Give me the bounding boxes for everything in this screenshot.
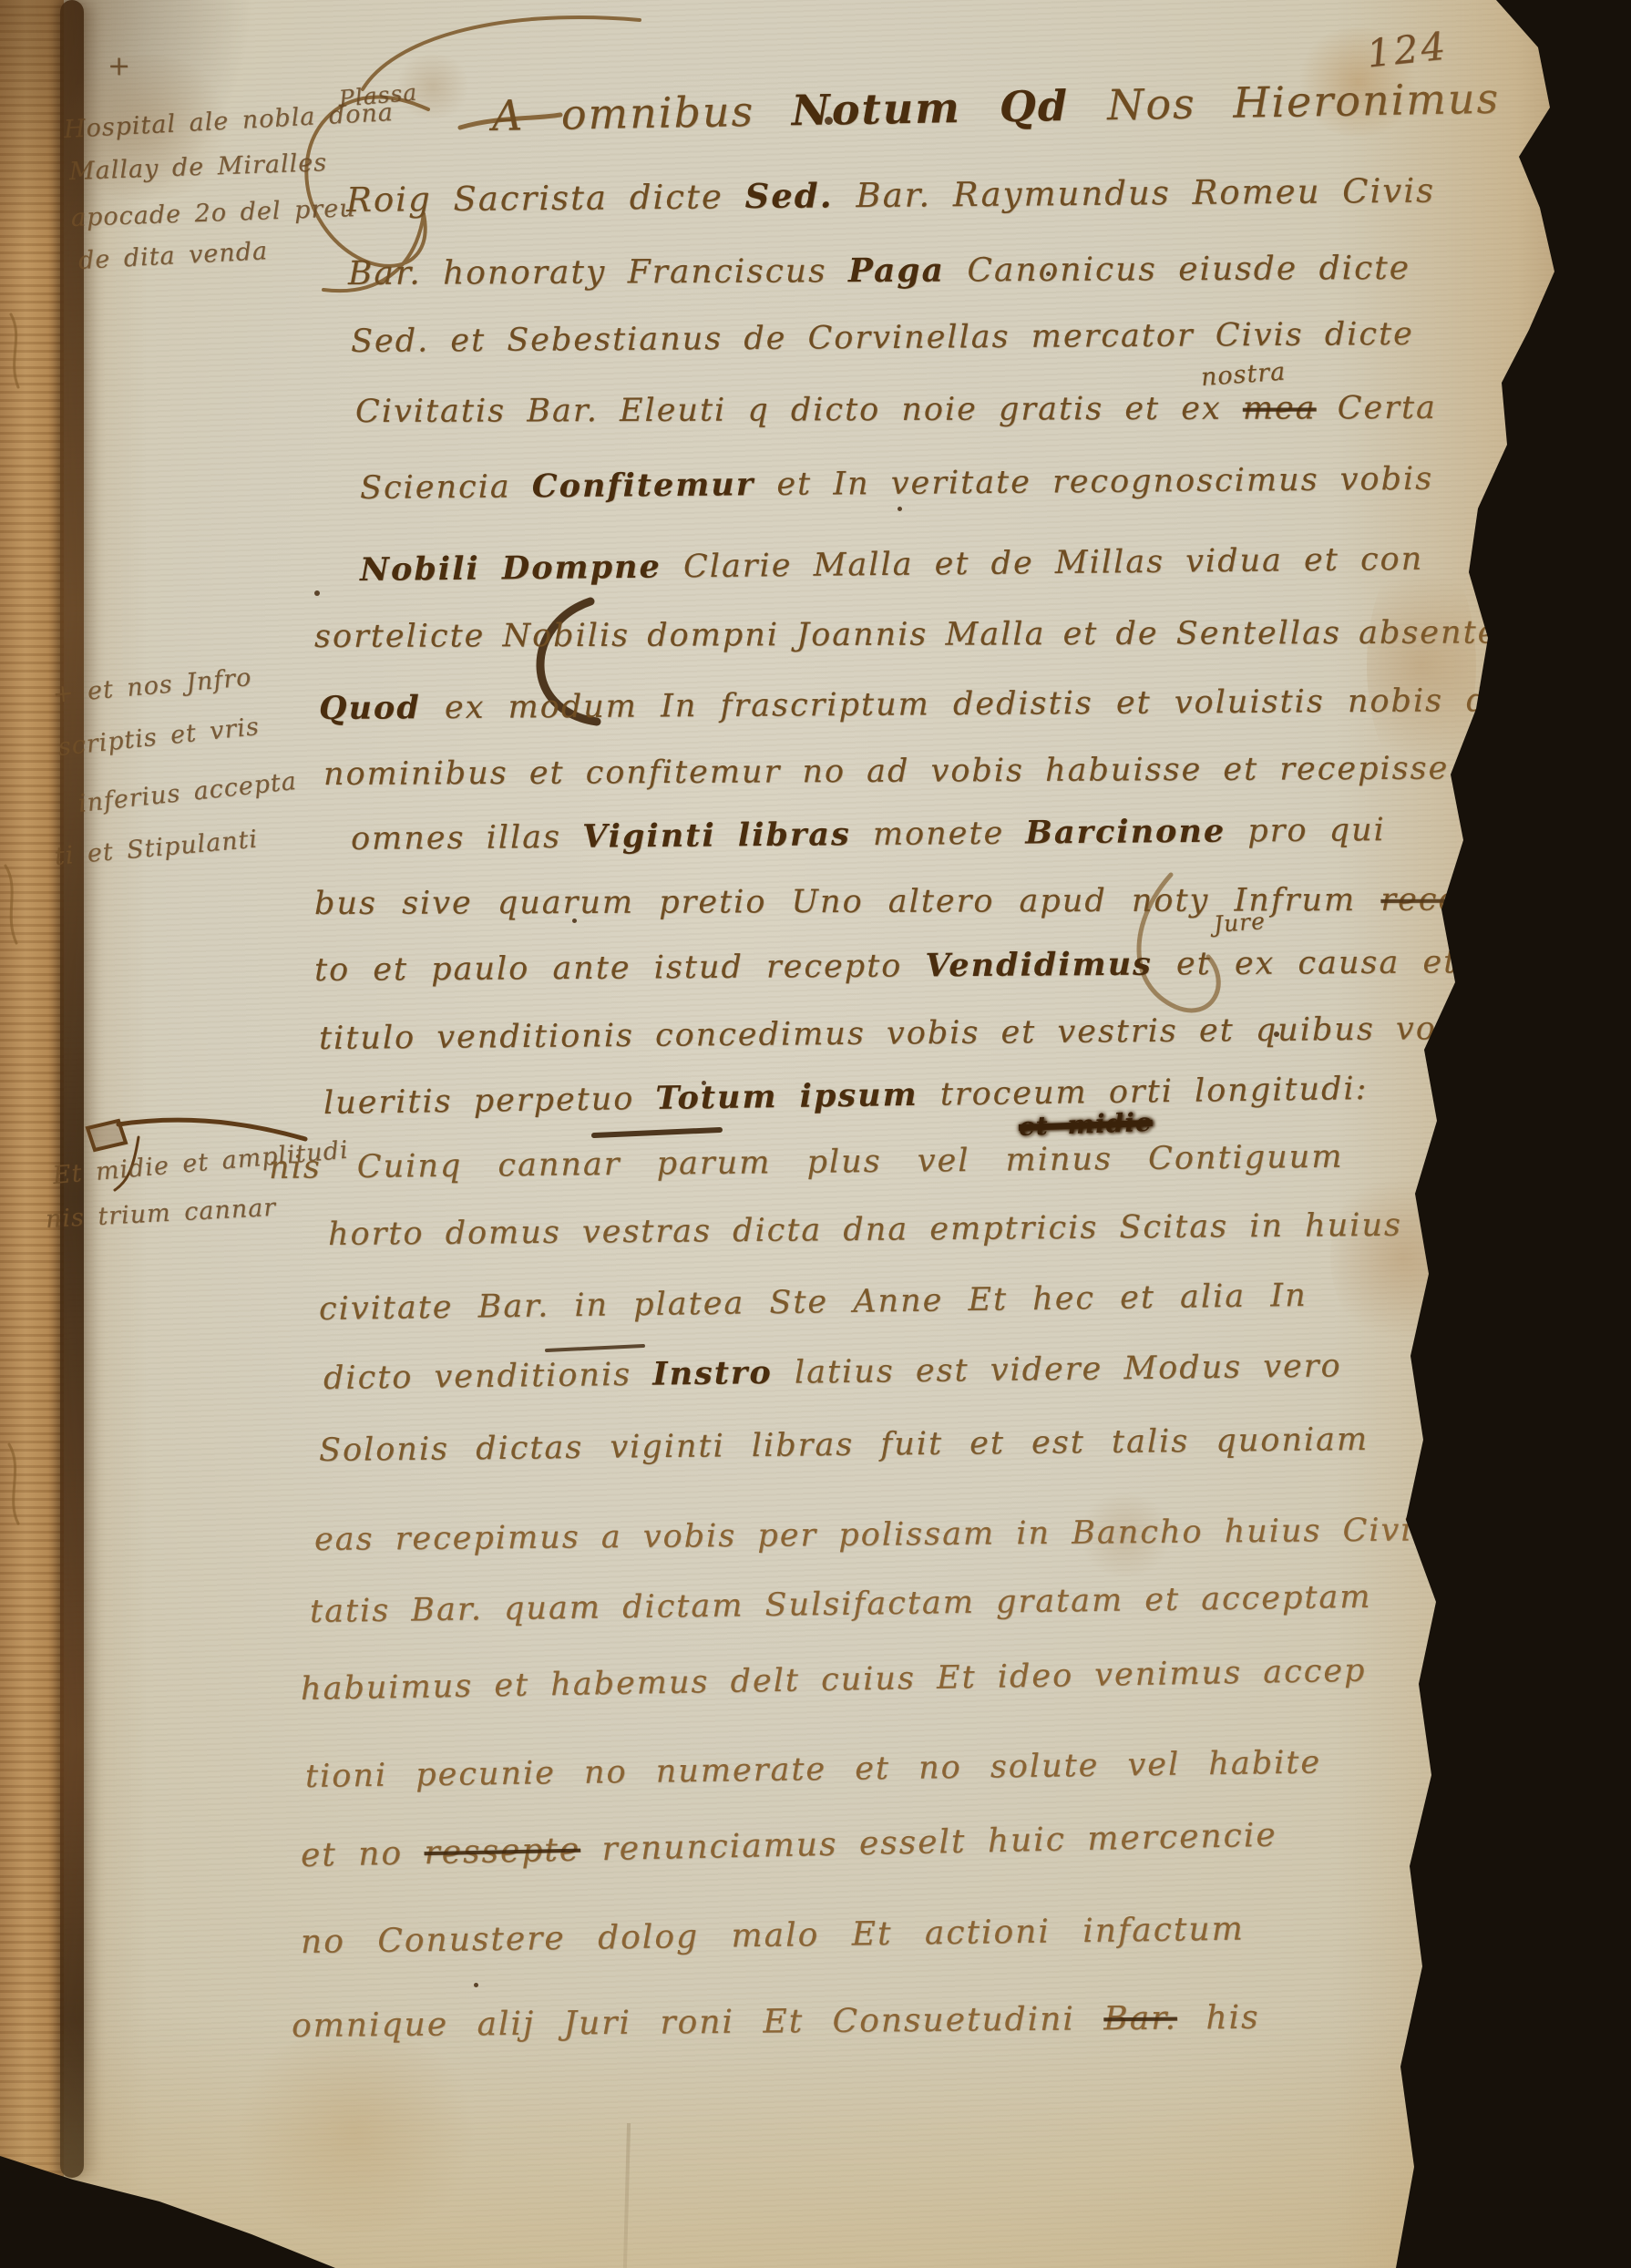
interlinear-text: Jure [1213, 909, 1266, 936]
text-line: sortelicte Nobilis dompni Joannis Malla … [314, 617, 1498, 653]
ink-speck [474, 1983, 478, 1987]
ink-speck [572, 918, 577, 923]
text-segment: omnibus [560, 86, 792, 139]
pen-flourishes [0, 0, 1631, 2268]
text-segment: lueritis perpetuo [323, 1081, 656, 1122]
text-segment: troceum orti longitudi: [940, 1071, 1369, 1113]
text-segment: Vendidimus [925, 945, 1176, 984]
text-segment: dicto venditionis [323, 1356, 653, 1396]
struck-text: ressepte [424, 1832, 580, 1873]
margin-note: Hospital ale nobla dona [63, 100, 394, 142]
text-segment: habuimus et habemus delt cuius Et ideo v… [301, 1652, 1367, 1707]
text-line: nis Cuinq cannar parum plus vel minus Co… [269, 1141, 1344, 1184]
ink-speck [898, 507, 902, 511]
text-line: Civitatis Bar. Eleuti q dicto noie grati… [355, 393, 1437, 428]
text-line: civitate Bar. in platea Ste Anne Et hec … [319, 1280, 1308, 1326]
stain [1294, 27, 1421, 137]
text-line: A omnibus Notum Qd Nos Hieronimus [492, 77, 1501, 137]
text-segment: Roig [346, 180, 454, 220]
text-segment: Sciencia [360, 468, 532, 507]
text-segment: Nobili Dompne [360, 548, 683, 589]
text-segment: Sacrista dicte [453, 178, 744, 220]
text-segment: A [492, 90, 562, 140]
text-line: Solonis dictas viginti libras fuit et es… [319, 1424, 1369, 1467]
text-line: omnes illas Viginti libras monete Barcin… [351, 814, 1386, 856]
text-line: nominibus et confitemur no ad vobis habu… [323, 753, 1449, 790]
margin-notes-layer: +PlassaHospital ale nobla donaMallay de … [0, 0, 1631, 2268]
text-segment: Qd [999, 80, 1107, 131]
text-line: dicto venditionis Instro latius est vide… [323, 1350, 1342, 1395]
text-line: tioni pecunie no numerate et no solute v… [305, 1747, 1322, 1793]
text-segment: Totum ipsum [655, 1075, 940, 1116]
text-segment: Sed. et Sebestianus de Corvinellas merca… [351, 316, 1414, 360]
text-segment: Quod [319, 689, 445, 727]
text-line: titulo venditionis concedimus vobis et v… [319, 1013, 1437, 1055]
text-line: habuimus et habemus delt cuius Et ideo v… [301, 1655, 1367, 1705]
ink-speck [1046, 272, 1051, 276]
margin-note: Et midie et amplitudi [52, 1137, 350, 1187]
margin-note: scriptis et vris [57, 713, 261, 759]
text-line: Sed. et Sebestianus de Corvinellas merca… [351, 319, 1414, 358]
text-segment: tioni pecunie no numerate et no solute v… [305, 1744, 1322, 1795]
text-segment: et no [301, 1834, 425, 1874]
text-line: bus sive quarum pretio Uno altero apud n… [314, 884, 1482, 919]
text-segment: no Conustere dolog malo Et actioni infac… [301, 1911, 1245, 1961]
text-segment: latius est videre Modus vero [795, 1348, 1342, 1391]
stain [392, 55, 474, 118]
manuscript-photo: +PlassaHospital ale nobla donaMallay de … [0, 0, 1631, 2268]
text-segment: Certa [1317, 390, 1437, 426]
struck-text: recep [1380, 881, 1481, 918]
stain [1367, 547, 1476, 784]
manuscript-page: +PlassaHospital ale nobla donaMallay de … [0, 0, 1631, 2268]
text-segment: Bar. honoraty Franciscus [348, 252, 848, 292]
text-segment: Notum [791, 82, 1000, 135]
text-line: no Conustere dolog malo Et actioni infac… [301, 1914, 1245, 1959]
text-segment: Paga [848, 251, 968, 291]
ink-speck [702, 1081, 706, 1085]
text-segment: Viginti libras [582, 816, 873, 856]
struck-text: mea [1243, 390, 1317, 426]
text-line: lueritis perpetuo Totum ipsum troceum or… [323, 1072, 1369, 1120]
folio-number: 124 [1365, 23, 1451, 76]
text-line: Roig Sacrista dicte Sed. Bar. Raymundus … [346, 174, 1435, 217]
text-segment: nis Cuinq cannar parum plus vel minus Co… [269, 1138, 1344, 1185]
text-line: omnique alij Juri roni Et Consuetudini B… [292, 2002, 1260, 2043]
stain [1075, 1494, 1175, 1576]
margin-note: de dita venda [77, 239, 268, 273]
text-segment: sortelicte Nobilis dompni Joannis Malla … [314, 614, 1498, 655]
text-segment: Solonis dictas viginti libras fuit et es… [319, 1421, 1369, 1469]
margin-note: apocade 2o del preu [71, 196, 357, 231]
struck-text: Bar. [1103, 2000, 1177, 2038]
ink-speck [825, 117, 833, 125]
text-segment: Clarie Malla et de Millas vidua et con [683, 541, 1424, 586]
text-segment: Canonicus eiusde dicte [967, 250, 1410, 290]
text-segment: Nos Hieronimus [1107, 74, 1501, 130]
stain [219, 2032, 492, 2232]
text-line: Quod ex modum In frascriptum dedistis et… [319, 683, 1565, 725]
margin-note: Mallay de Miralles [69, 150, 328, 184]
margin-note: + [108, 53, 131, 80]
text-segment: ex modum In frascriptum dedistis et volu… [445, 682, 1565, 726]
ink-speck [314, 590, 320, 596]
text-segment: eas recepimus a vobis per polissam in Ba… [314, 1512, 1413, 1558]
text-segment: horto domus vestras dicta dna emptricis … [328, 1207, 1402, 1253]
text-segment: Barcinone [1025, 812, 1247, 851]
margin-note: nis trium cannar [45, 1195, 277, 1231]
text-segment: pro qui [1247, 812, 1386, 849]
text-segment: Raymundus Romeu Civis [953, 171, 1436, 215]
text-segment: Sed. [744, 175, 856, 216]
text-line: eas recepimus a vobis per polissam in Ba… [314, 1514, 1413, 1556]
text-segment: titulo venditionis concedimus vobis et v… [319, 1011, 1437, 1057]
body-text-layer: A omnibus Notum Qd Nos HieronimusRoig Sa… [0, 0, 1631, 2268]
text-segment: Instro [652, 1353, 795, 1392]
text-segment: omnes illas [351, 819, 582, 857]
text-segment: civitate Bar. in platea Ste Anne Et hec … [319, 1278, 1308, 1328]
text-line: Bar. honoraty Franciscus Paga Canonicus … [348, 251, 1410, 291]
text-segment: Confitemur [532, 466, 777, 505]
stain [1330, 1166, 1476, 1349]
text-segment: et In veritate recognoscimus vobis [776, 461, 1433, 503]
struck-interlinear-text: et midie [1019, 1110, 1154, 1140]
text-line: tatis Bar. quam dictam Sulsifactam grata… [310, 1582, 1372, 1628]
text-segment: et ex causa et [1176, 944, 1459, 982]
text-segment: bus sive quarum pretio Uno altero apud n… [314, 882, 1380, 922]
text-segment: renunciamus esselt huic mercencie [580, 1817, 1277, 1869]
text-segment: to et paulo ante istud recepto [314, 948, 926, 989]
text-line: horto domus vestras dicta dna emptricis … [328, 1210, 1402, 1251]
book-leaf-edges [0, 0, 64, 2180]
text-segment: tatis Bar. quam dictam Sulsifactam grata… [310, 1579, 1372, 1630]
text-segment: Bar. [856, 176, 953, 216]
insertions-layer: nostraJureet midie [0, 0, 1631, 2268]
text-segment: omnique alij Juri roni Et Consuetudini [292, 2000, 1104, 2045]
text-line: Sciencia Confitemur et In veritate recog… [360, 463, 1433, 505]
margin-note: inferius accepta [77, 768, 298, 816]
text-segment: Civitatis Bar. Eleuti q dicto noie grati… [355, 390, 1243, 429]
interlinear-text: nostra [1200, 359, 1287, 389]
margin-note: + et nos Jnfro [52, 665, 253, 707]
margin-note: Plassa [338, 81, 418, 110]
text-line: et no ressepte renunciamus esselt huic m… [301, 1820, 1277, 1873]
text-line: Nobili Dompne Clarie Malla et de Millas … [360, 543, 1424, 587]
paper-crease [623, 2123, 631, 2268]
text-segment: nominibus et confitemur no ad vobis habu… [323, 750, 1449, 792]
stain [55, 55, 237, 200]
text-line: to et paulo ante istud recepto Vendidimu… [314, 946, 1458, 987]
binding-gutter [60, 0, 84, 2178]
ink-speck [1274, 1031, 1279, 1037]
text-segment: his [1177, 1999, 1260, 2037]
margin-note: ti et Stipulanti [54, 826, 259, 868]
text-segment: monete [873, 815, 1026, 852]
